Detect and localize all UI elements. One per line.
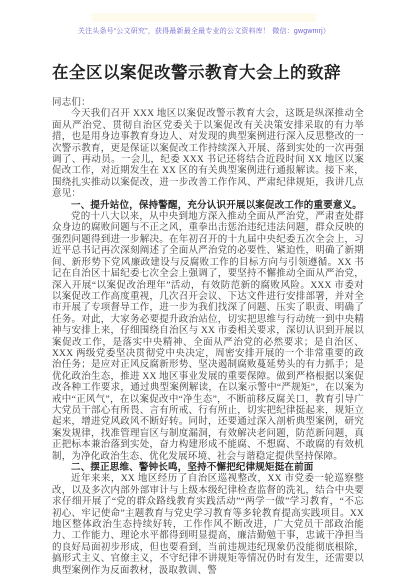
promo-highlight [92, 13, 317, 22]
promo-banner-text: 关注头条号“公文研究”，获得最新最全最专业的公文资料库！ 微信：gwgwmrj） [0, 26, 408, 36]
paragraph: 党的十八大以来，从中央到地方深入推动全面从严治党，严肃查处群众身边的腐败问题与不… [52, 212, 364, 463]
document-page: 关注头条号“公文研究”，获得最新最全最专业的公文资料库！ 微信：gwgwmrj）… [0, 0, 408, 580]
document-title: 在全区以案促改警示教育大会上的致辞 [52, 59, 368, 83]
salutation: 同志们： [52, 98, 364, 109]
document-body: 同志们： 今天我们召开 XXX 地区以案促改警示教育大会，这既是纵深推动全面从严… [52, 98, 364, 577]
section-heading: 二、摆正思维、警钟长鸣，坚持不懈把纪律规矩挺在前面 [52, 463, 364, 474]
section-heading: 一、提升站位，保持警醒，充分认识开展以案促改工作的重要意义。 [52, 201, 364, 212]
paragraph: 今天我们召开 XXX 地区以案促改警示教育大会，这既是纵深推动全面从严治党、贯彻… [52, 109, 364, 200]
paragraph: 近年来来，XX 地区经历了自治区巡视整改，XX 市党委一轮巡察整改，以及多次内部… [52, 474, 364, 577]
